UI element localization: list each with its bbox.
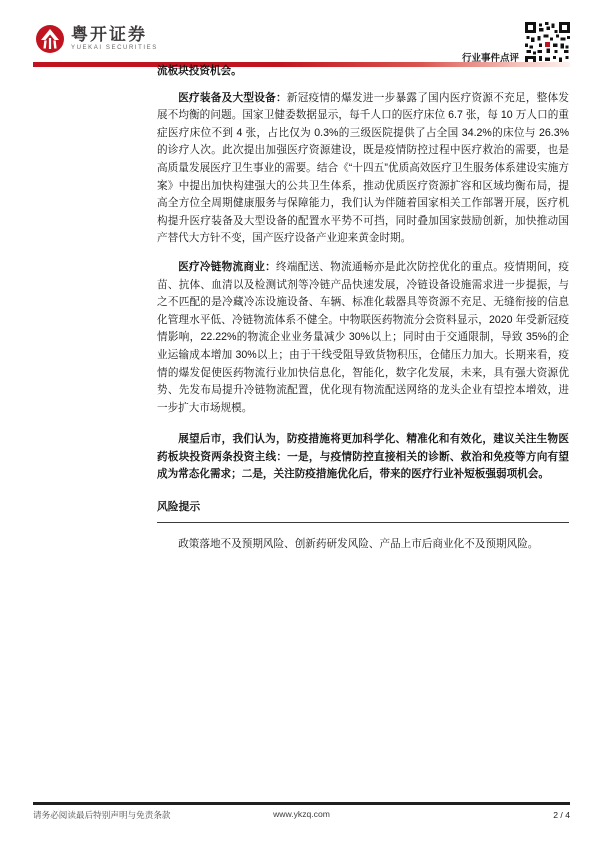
page-footer: 请务必阅读最后特别声明与免责条款 www.ykzq.com 2 / 4: [33, 802, 570, 821]
page-header: 粤开证券 YUEKAI SECURITIES 行业事件点评: [33, 22, 570, 62]
risk-section-heading: 风险提示: [157, 499, 569, 523]
logo-text-en: YUEKAI SECURITIES: [71, 44, 158, 52]
report-page: 粤开证券 YUEKAI SECURITIES 行业事件点评: [0, 0, 596, 842]
paragraph-lead: 医疗装备及大型设备：: [178, 92, 287, 104]
outlook-paragraph: 展望后市，我们认为，防疫措施将更加科学化、精准化和有效化，建议关注生物医药板块投…: [157, 431, 569, 484]
report-body: 流板块投资机会。 医疗装备及大型设备：新冠疫情的爆发进一步暴露了国内医疗资源不充…: [157, 63, 569, 553]
paragraph-text: 终端配送、物流通畅亦是此次防控优化的重点。疫情期间，疫苗、抗体、血清以及检测试剂…: [157, 261, 569, 414]
continuation-line: 流板块投资机会。: [157, 63, 569, 81]
logo-text-cn: 粤开证券: [71, 26, 158, 44]
qr-code-icon: [525, 22, 570, 67]
paragraph-cold-chain: 医疗冷链物流商业：终端配送、物流通畅亦是此次防控优化的重点。疫情期间，疫苗、抗体…: [157, 259, 569, 417]
yuekai-logo: 粤开证券 YUEKAI SECURITIES: [35, 24, 158, 54]
paragraph-lead: 医疗冷链物流商业：: [178, 261, 276, 273]
risk-text: 政策落地不及预期风险、创新药研发风险、产品上市后商业化不及预期风险。: [157, 536, 569, 554]
yuekai-logo-icon: [35, 24, 65, 54]
logo-text: 粤开证券 YUEKAI SECURITIES: [71, 26, 158, 52]
paragraph-text: 新冠疫情的爆发进一步暴露了国内医疗资源不充足，整体发展不均衡的问题。国家卫健委数…: [157, 92, 569, 245]
footer-website-link[interactable]: www.ykzq.com: [33, 809, 570, 819]
header-right: 行业事件点评: [462, 22, 570, 67]
paragraph-medical-equipment: 医疗装备及大型设备：新冠疫情的爆发进一步暴露了国内医疗资源不充足，整体发展不均衡…: [157, 90, 569, 248]
